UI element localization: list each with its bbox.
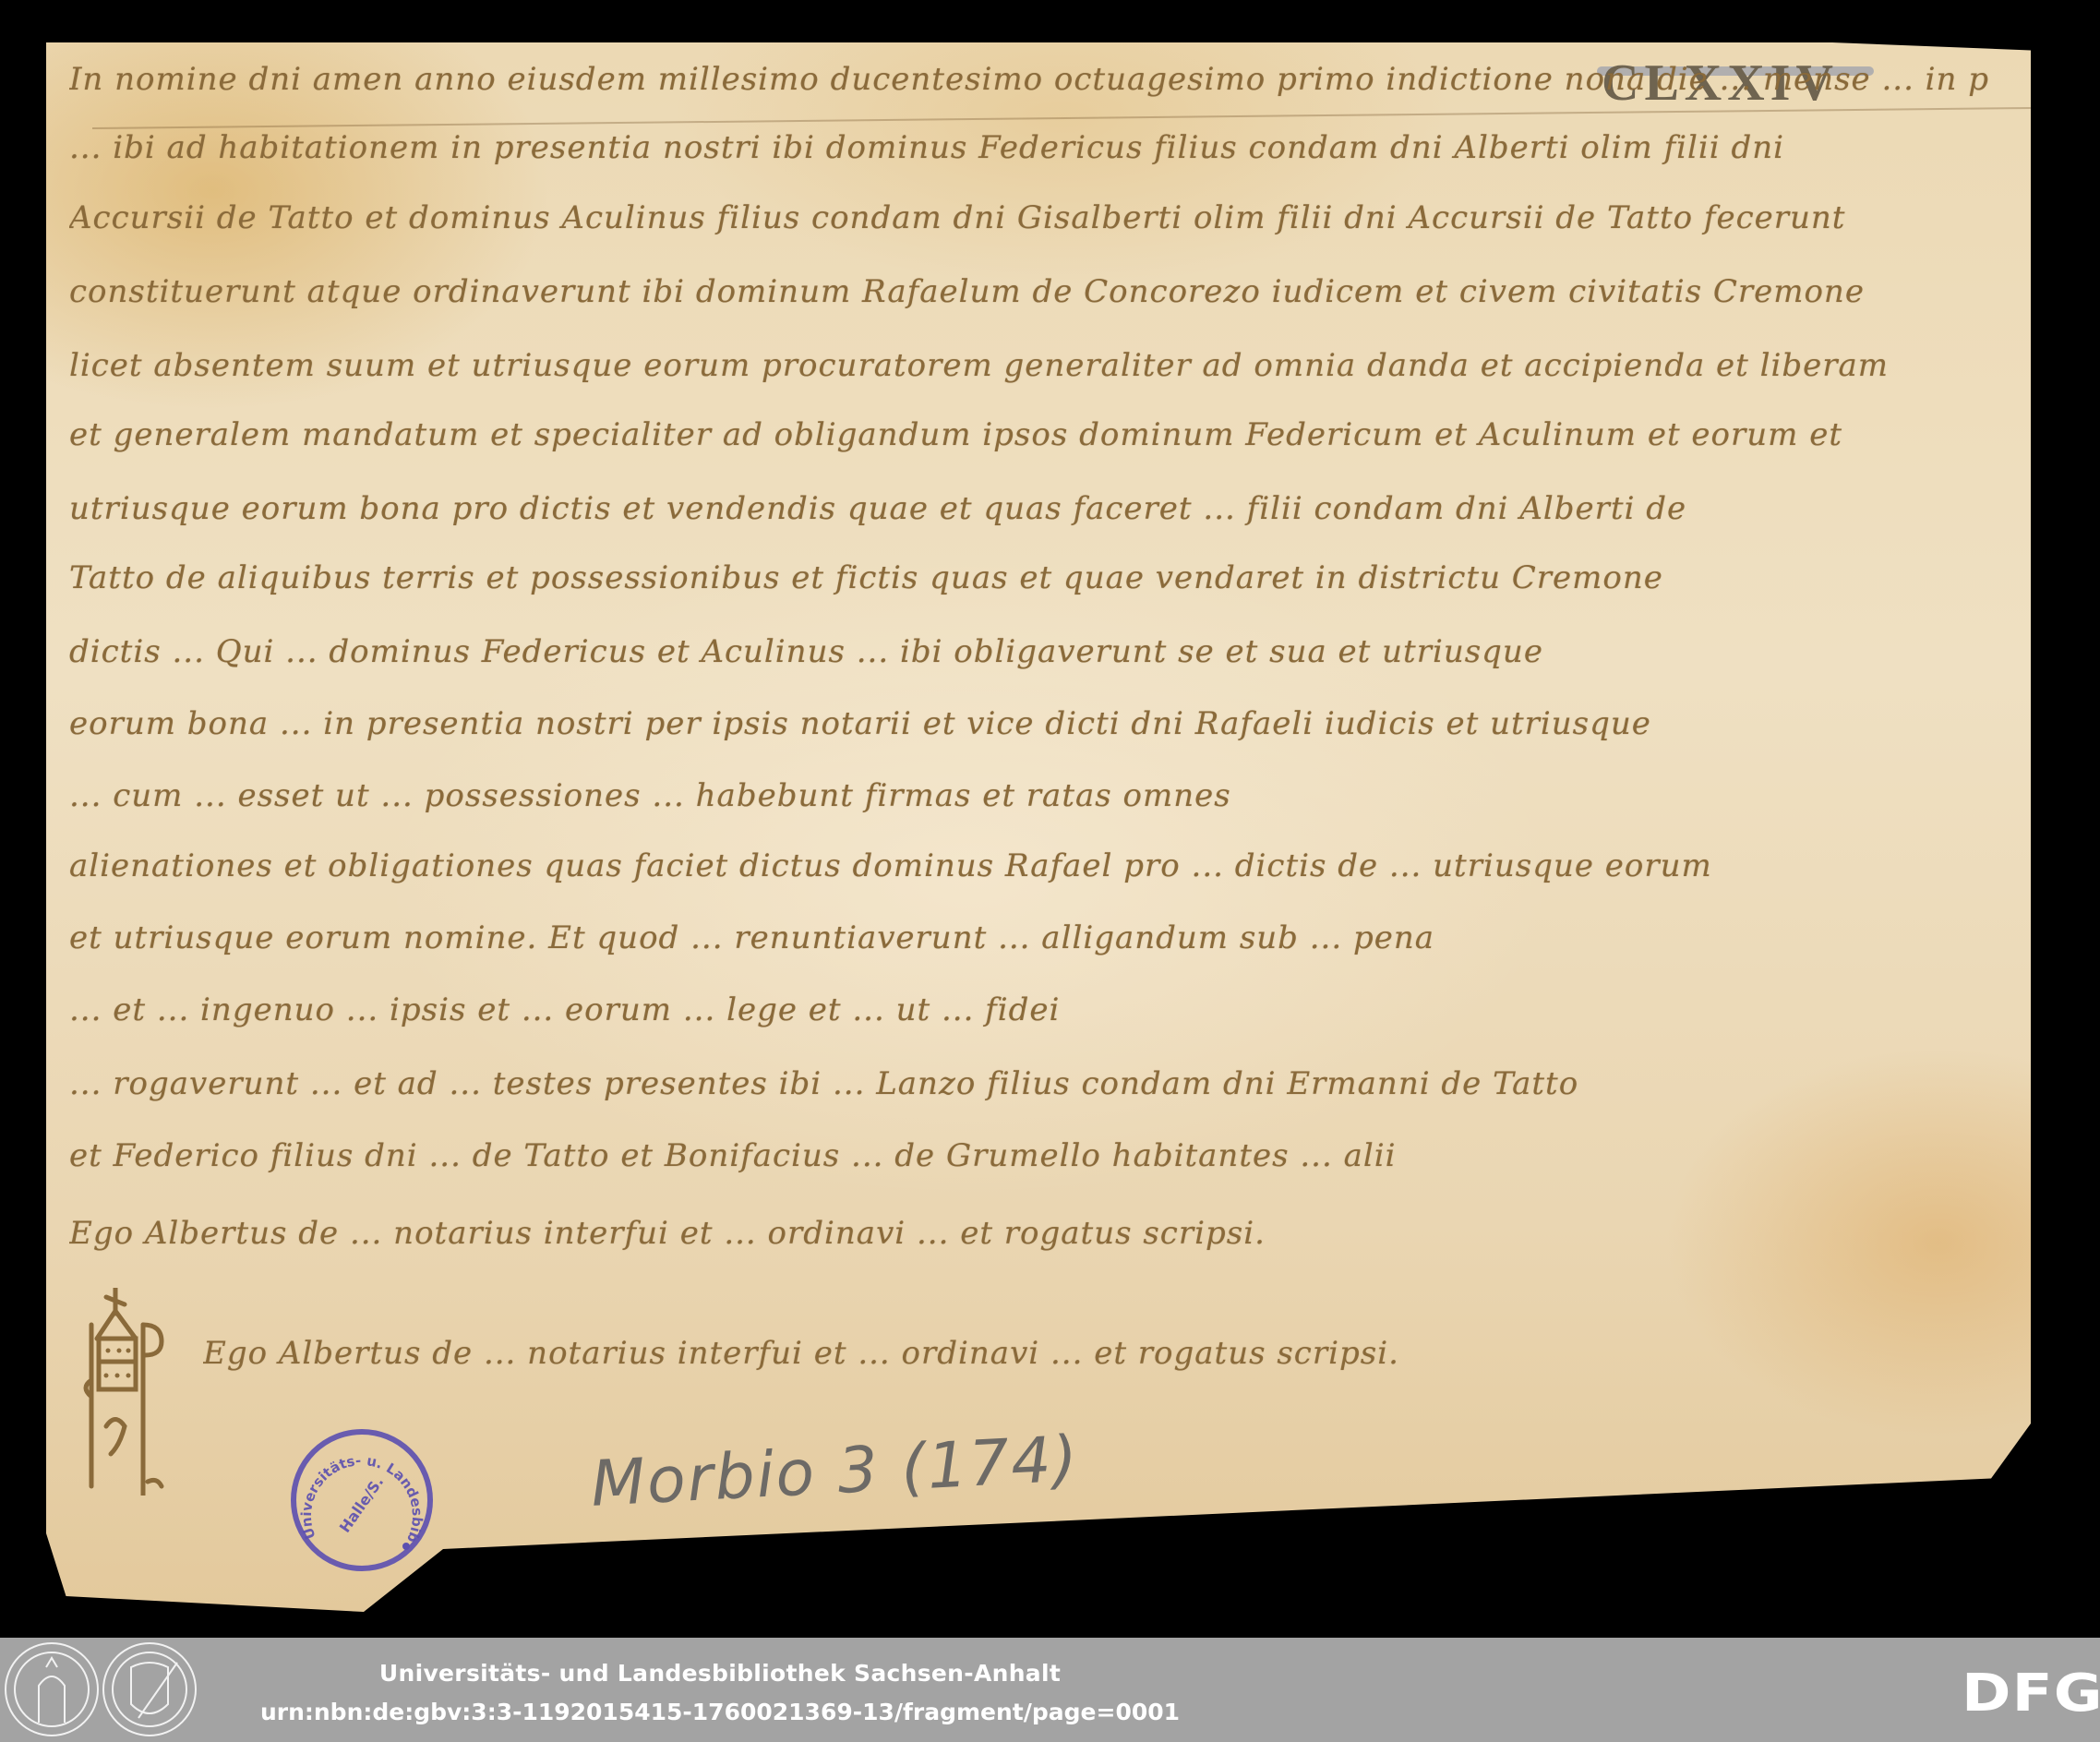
- text-line-6: et generalem mandatum et specialiter ad …: [69, 411, 1989, 459]
- notary-subscription: Ego Albertus de ... notarius interfui et…: [203, 1329, 1588, 1377]
- document-viewer: CLXXIV In nomine dni amen anno eiusdem m…: [0, 0, 2100, 1638]
- text-line-2: ... ibi ad habitationem in presentia nos…: [69, 124, 1989, 172]
- dfg-logo: DFG: [1962, 1664, 2100, 1724]
- text-line-5: licet absentem suum et utriusque eorum p…: [69, 342, 1989, 390]
- footer-urn[interactable]: urn:nbn:de:gbv:3:3-1192015415-1760021369…: [0, 1699, 1440, 1725]
- text-line-15: ... rogaverunt ... et ad ... testes pres…: [69, 1060, 1989, 1108]
- text-line-4: constituerunt atque ordinaverunt ibi dom…: [69, 268, 1989, 316]
- text-line-7: utriusque eorum bona pro dictis et vende…: [69, 485, 1989, 533]
- text-line-9: dictis ... Qui ... dominus Federicus et …: [69, 628, 1989, 676]
- text-line-3: Accursii de Tatto et dominus Aculinus fi…: [69, 194, 1989, 242]
- text-line-16: et Federico filius dni ... de Tatto et B…: [69, 1132, 1989, 1180]
- text-line-14: ... et ... ingenuo ... ipsis et ... eoru…: [69, 986, 1989, 1034]
- library-stamp: Universitäts- u. Landesbibliothek Halle/…: [288, 1426, 436, 1574]
- stamp-center-text: Halle/S.: [336, 1473, 387, 1536]
- text-line-8: Tatto de aliquibus terris et possessioni…: [69, 554, 1989, 602]
- notarial-sign-icon: [78, 1288, 180, 1496]
- footer-bar: Universitäts- und Landesbibliothek Sachs…: [0, 1638, 2100, 1742]
- text-line-11: ... cum ... esset ut ... possessiones ..…: [69, 772, 1989, 820]
- text-line-13: et utriusque eorum nomine. Et quod ... r…: [69, 914, 1989, 962]
- text-line-10: eorum bona ... in presentia nostri per i…: [69, 700, 1989, 748]
- text-line-1: In nomine dni amen anno eiusdem millesim…: [69, 55, 1989, 103]
- text-line-12: alienationes et obligationes quas faciet…: [69, 842, 1989, 890]
- text-line-17: Ego Albertus de ... notarius interfui et…: [69, 1209, 1989, 1257]
- footer-institution-name: Universitäts- und Landesbibliothek Sachs…: [0, 1660, 1440, 1687]
